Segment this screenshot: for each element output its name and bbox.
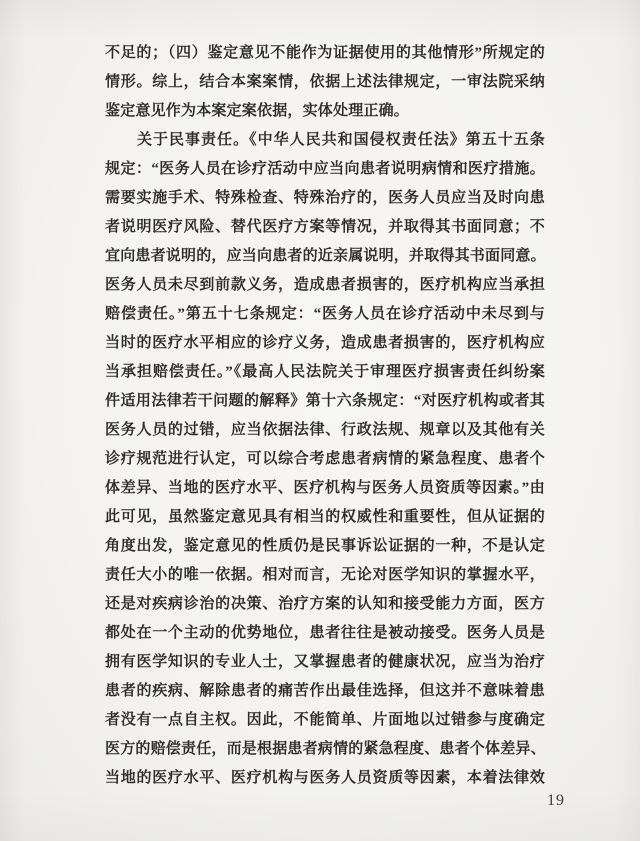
text-line: 患者的疾病、解除患者的痛苦作出最佳选择，但这并不意味着患 — [105, 677, 545, 706]
text-line: 规定：“医务人员在诊疗活动中应当向患者说明病情和医疗措施。 — [105, 155, 545, 184]
text-line: 鉴定意见作为本案定案依据，实体处理正确。 — [105, 97, 545, 126]
text-line: 者没有一点自主权。因此，不能简单、片面地以过错参与度确定 — [105, 706, 545, 735]
text-line: 体差异、当地的医疗水平、医疗机构与医务人员资质等因素。”由 — [105, 474, 545, 503]
text-line: 都处在一个主动的优势地位，患者往往是被动接受。医务人员是 — [105, 619, 545, 648]
text-line: 拥有医学知识的专业人士，又掌握患者的健康状况，应当为治疗 — [105, 648, 545, 677]
text-line: 医务人员未尽到前款义务，造成患者损害的，医疗机构应当承担 — [105, 271, 545, 300]
text-line: 角度出发，鉴定意见的性质仍是民事诉讼证据的一种，不是认定 — [105, 532, 545, 561]
text-line: 赔偿责任。”第五十七条规定：“医务人员在诊疗活动中未尽到与 — [105, 300, 545, 329]
text-line: 当承担赔偿责任。”《最高人民法院关于审理医疗损害责任纠纷案 — [105, 358, 545, 387]
text-line: 宜向患者说明的，应当向患者的近亲属说明，并取得其书面同意。 — [105, 242, 545, 271]
text-line: 情形。综上，结合本案案情，依据上述法律规定，一审法院采纳 — [105, 68, 545, 97]
body-text-block: 不足的；（四）鉴定意见不能作为证据使用的其他情形”所规定的情形。综上，结合本案案… — [105, 39, 545, 793]
text-line: 还是对疾病诊治的决策、治疗方案的认知和接受能力方面，医方 — [105, 590, 545, 619]
text-line: 诊疗规范进行认定，可以综合考虑患者病情的紧急程度、患者个 — [105, 445, 545, 474]
document-page: 不足的；（四）鉴定意见不能作为证据使用的其他情形”所规定的情形。综上，结合本案案… — [0, 0, 640, 841]
text-line: 者说明医疗风险、替代医疗方案等情况，并取得其书面同意；不 — [105, 213, 545, 242]
text-line: 医务人员的过错，应当依据法律、行政法规、规章以及其他有关 — [105, 416, 545, 445]
text-line: 医方的赔偿责任，而是根据患者病情的紧急程度、患者个体差异、 — [105, 735, 545, 764]
text-line: 不足的；（四）鉴定意见不能作为证据使用的其他情形”所规定的 — [105, 39, 545, 68]
text-line: 件适用法律若干问题的解释》第十六条规定：“对医疗机构或者其 — [105, 387, 545, 416]
text-line: 关于民事责任。《中华人民共和国侵权责任法》第五十五条 — [105, 126, 545, 155]
text-line: 当地的医疗水平、医疗机构与医务人员资质等因素，本着法律效 — [105, 764, 545, 793]
text-line: 当时的医疗水平相应的诊疗义务，造成患者损害的，医疗机构应 — [105, 329, 545, 358]
page-number: 19 — [547, 792, 565, 810]
text-line: 此可见，虽然鉴定意见具有相当的权威性和重要性，但从证据的 — [105, 503, 545, 532]
text-line: 需要实施手术、特殊检查、特殊治疗的，医务人员应当及时向患 — [105, 184, 545, 213]
text-line: 责任大小的唯一依据。相对而言，无论对医学知识的掌握水平， — [105, 561, 545, 590]
